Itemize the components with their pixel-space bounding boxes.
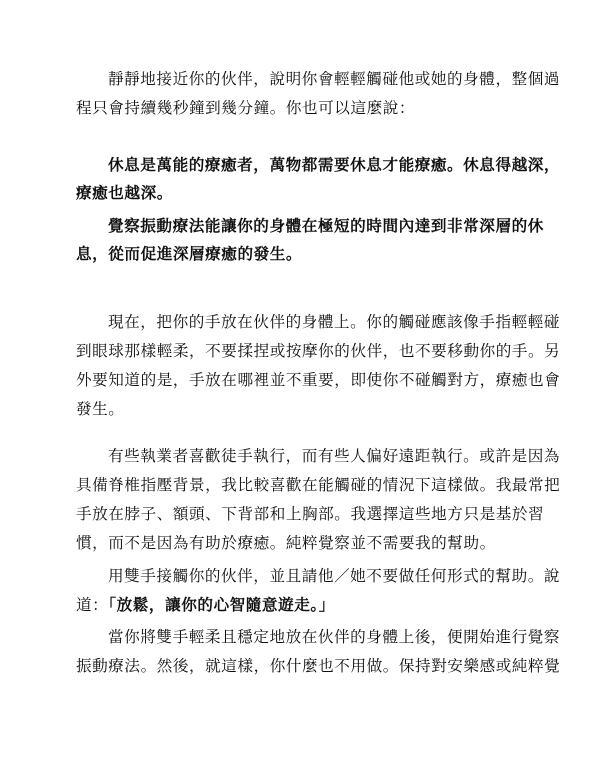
paragraph-4-line-4: 發生。 (76, 399, 532, 419)
paragraph-4-line-2: 到眼球那樣輕柔，不要揉捏或按摩你的伙伴，也不要移動你的手。另 (76, 341, 532, 361)
paragraph-1-line-1: 靜靜地接近你的伙伴，說明你會輕輕觸碰他或她的身體，整個過 (76, 69, 564, 89)
paragraph-5-line-3: 手放在脖子、額頭、下背部和上胸部。我選擇這些地方只是基於習 (76, 504, 532, 524)
paragraph-5-line-2: 具備脊椎指壓背景，我比較喜歡在能觸碰的情況下這樣做。我最常把 (76, 475, 532, 495)
bold-quote-2-line-1: 覺察振動療法能讓你的身體在極短的時間內達到非常深層的休 (76, 216, 564, 236)
paragraph-6-line-1: 用雙手接觸你的伙伴，並且請他／她不要做任何形式的幫助。說 (76, 566, 564, 586)
bold-quote-1-line-2: 療癒也越深。 (76, 183, 532, 203)
paragraph-5-line-1: 有些執業者喜歡徒手執行，而有些人偏好遠距執行。或許是因為 (76, 446, 564, 466)
paragraph-7-line-1: 當你將雙手輕柔且穩定地放在伙伴的身體上後，便開始進行覺察 (76, 627, 564, 647)
paragraph-5-line-4: 慣，而不是因為有助於療癒。純粹覺察並不需要我的幫助。 (76, 533, 532, 553)
paragraph-4-line-3: 外要知道的是，手放在哪裡並不重要，即使你不碰觸對方，療癒也會 (76, 370, 532, 390)
paragraph-7-line-2: 振動療法。然後，就這樣，你什麼也不用做。保持對安樂感或純粹覺 (76, 656, 532, 676)
paragraph-6-line-2: 道：「放鬆，讓你的心智隨意遊走。」 (76, 595, 532, 615)
quote-prefix: 道： (76, 596, 108, 614)
paragraph-1-line-2: 程只會持續幾秒鐘到幾分鐘。你也可以這麼說： (76, 98, 532, 118)
bold-quote-3: 「放鬆，讓你的心智隨意遊走。」 (108, 596, 335, 614)
paragraph-4-line-1: 現在，把你的手放在伙伴的身體上。你的觸碰應該像手指輕輕碰 (76, 312, 564, 332)
bold-quote-1-line-1: 休息是萬能的療癒者，萬物都需要休息才能療癒。休息得越深， (76, 155, 564, 175)
bold-quote-2-line-2: 息，從而促進深層療癒的發生。 (76, 244, 532, 264)
